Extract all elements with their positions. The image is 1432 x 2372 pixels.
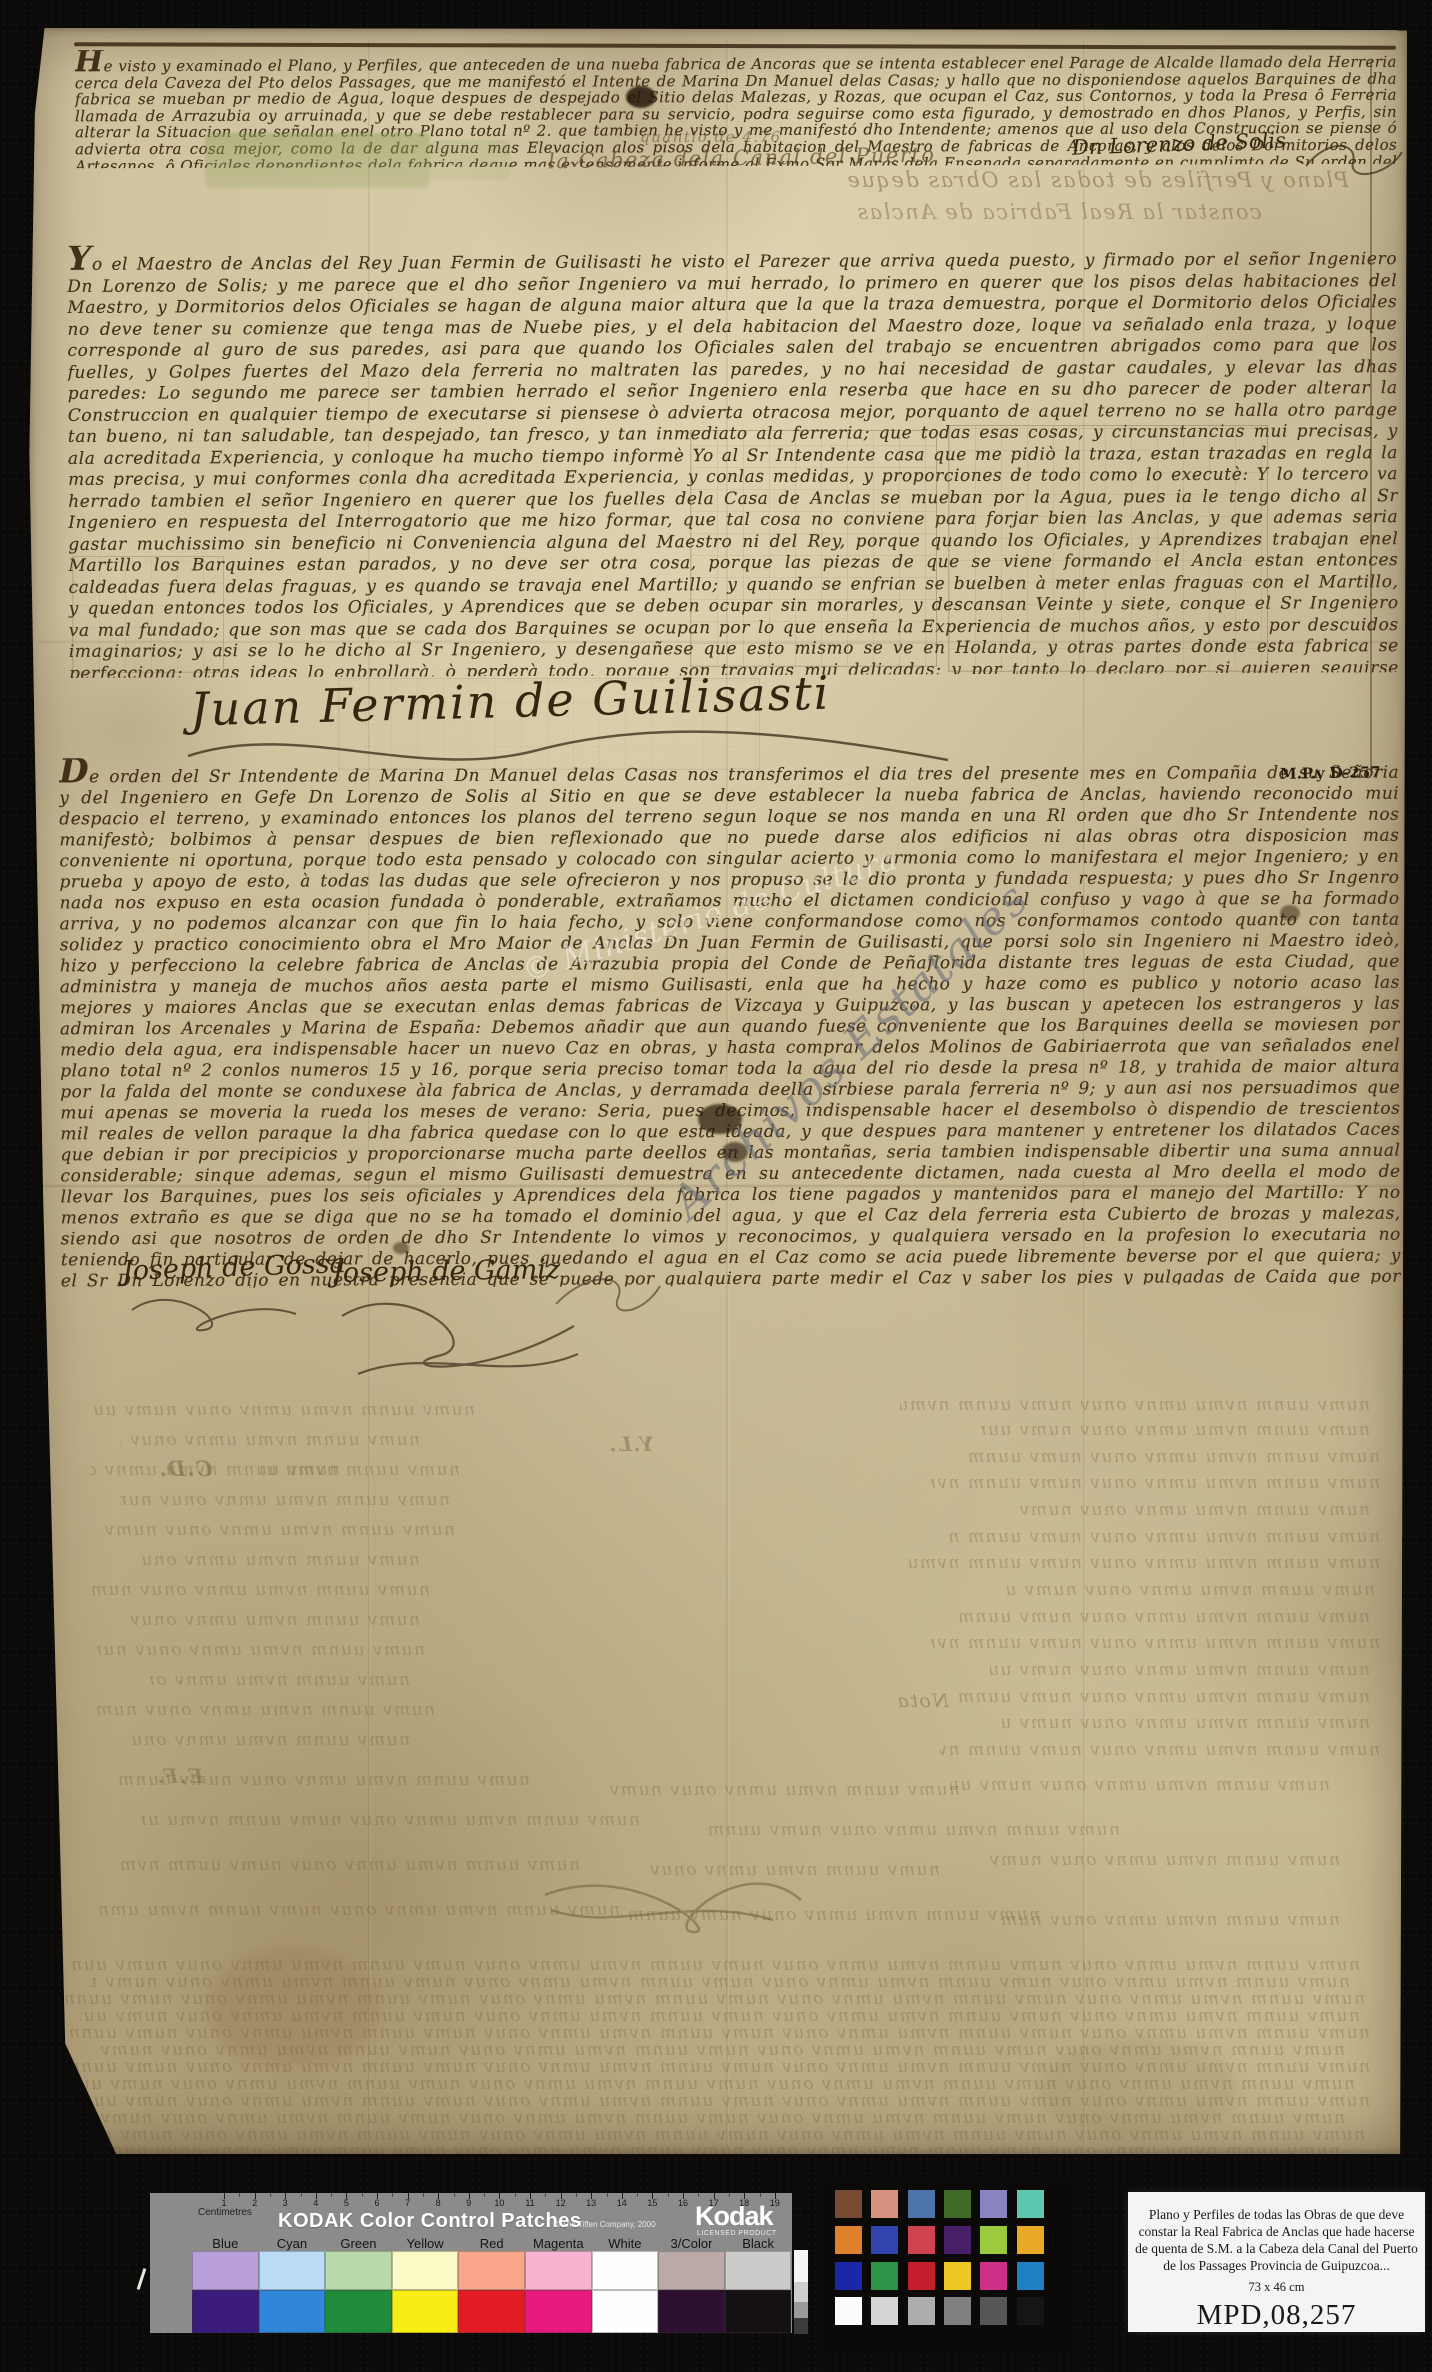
ruler-minor-tick	[729, 2193, 730, 2197]
verso-ghost-line: numv uunm nvmu umnv onuv numv uun	[150, 1670, 410, 1690]
ruler-number: 18	[739, 2198, 749, 2208]
kodak-color-control-strip: Centimetres KODAK Color Control Patches …	[150, 2193, 792, 2333]
title-bleed-mirrored-2: constar la Real Fabrica de Anclas	[856, 200, 1262, 224]
verso-ghost-line: numv uunm nvmu umnv onuv numv uunm nvmu …	[950, 1687, 1370, 1707]
checker-patch-r2c2	[871, 2226, 898, 2254]
gray-wedge-step	[794, 2282, 808, 2302]
signature-joseph-gamiz: Joseph de Gamiz	[332, 1254, 561, 1289]
kodak-strip-title: KODAK Color Control Patches	[278, 2210, 582, 2233]
kodak-patch-name: Yellow	[392, 2236, 459, 2251]
verso-green-bleed	[430, 140, 510, 180]
kodak-tint-patch-3-color	[658, 2251, 725, 2290]
ruler-number: 15	[647, 2198, 657, 2208]
kodak-solid-patch-black	[725, 2290, 792, 2333]
ruler-number: 13	[586, 2198, 596, 2208]
verso-ghost-line: numv uunm nvmu umnv onuv numv uunm nvmu …	[1000, 1910, 1340, 1930]
ink-stain	[722, 1142, 748, 1162]
verso-ghost-line: numv uunm nvmu umnv onuv numv uunm nvmu …	[980, 1420, 1370, 1440]
verso-plan-sketch	[72, 556, 224, 673]
grayscale-wedge	[794, 2250, 808, 2334]
label-line: de quenta de S.M. a la Cabeza dela Canal…	[1128, 2240, 1425, 2257]
kodak-logo: Kodak	[695, 2201, 773, 2232]
verso-ghost-line: numv uunm nvmu umnv onuv numv uunm nvmu …	[1000, 1713, 1370, 1733]
kodak-patch-name: Black	[725, 2236, 792, 2251]
verso-ghost-line: numv uunm nvmu umnv onuv numv uunm nvmu …	[990, 1660, 1370, 1680]
kodak-solid-patch-green	[325, 2290, 392, 2333]
kodak-patch-name: Magenta	[525, 2236, 592, 2251]
ruler-minor-tick	[423, 2193, 424, 2197]
ruler-number: 16	[678, 2198, 688, 2208]
checker-patch-r4c5	[980, 2297, 1007, 2325]
ruler-minor-tick	[576, 2193, 577, 2197]
kodak-tint-patch-white	[592, 2251, 659, 2290]
checker-patch-r4c1	[835, 2297, 862, 2325]
ruler-number: 2	[252, 2198, 257, 2208]
rubric-flourish	[124, 1286, 304, 1341]
ruler-number: 3	[283, 2198, 288, 2208]
ink-stain	[393, 1242, 409, 1254]
kodak-patch-name: Blue	[192, 2236, 259, 2251]
kodak-patch-name: White	[592, 2236, 659, 2251]
ruler-number: 19	[770, 2198, 780, 2208]
kodak-tint-patch-black	[725, 2251, 792, 2290]
ruler-number: 8	[436, 2198, 441, 2208]
ruler-number: 17	[709, 2198, 719, 2208]
checker-patch-r1c2	[871, 2190, 898, 2218]
verso-ghost-line: numv uunm nvmu umnv onuv numv uunm nvmu …	[600, 1780, 960, 1800]
ruler-number: 12	[556, 2198, 566, 2208]
verso-ghost-line: numv uunm nvmu umnv onuv numv uunm nvmu …	[95, 1640, 425, 1660]
kodak-solid-patch-yellow	[392, 2290, 459, 2333]
verso-ghost-line: numv uunm nvmu umnv onuv numv uunm nvmu …	[95, 1700, 435, 1720]
ruler-minor-tick	[698, 2193, 699, 2197]
ruler-number: 10	[494, 2198, 504, 2208]
kodak-solid-patch-3-color	[658, 2290, 725, 2333]
checker-patch-r3c4	[944, 2262, 971, 2290]
verso-ghost-line: numv uunm nvmu umnv onuv numv uunm nvmu …	[960, 1447, 1380, 1467]
checker-patch-r3c2	[871, 2262, 898, 2290]
label-line: de los Passages Provincia de Guipuzcoa..…	[1128, 2257, 1425, 2274]
verso-ghost-line: numv uunm nvmu umnv onuv numv uunm nvmu …	[95, 1400, 475, 1420]
kodak-solid-patch-blue	[192, 2290, 259, 2333]
verso-signature-flourish	[533, 1840, 813, 1940]
ruler-number: 7	[405, 2198, 410, 2208]
verso-plan-sketch	[690, 430, 937, 667]
ruler-minor-tick	[484, 2193, 485, 2197]
kodak-tint-patch-yellow	[392, 2251, 459, 2290]
checker-patch-r4c2	[871, 2297, 898, 2325]
kodak-patch-name: Cyan	[259, 2236, 326, 2251]
ink-stain	[1280, 905, 1300, 921]
checker-patch-r4c4	[944, 2297, 971, 2325]
ruler-number: 1	[221, 2198, 226, 2208]
rubric-flourish	[1298, 136, 1408, 186]
verso-ghost-line: numv uunm nvmu umnv onuv numv uunm nvmu …	[1005, 1580, 1375, 1600]
verso-ghost-line: numv uunm nvmu umnv onuv numv uunm nvmu …	[940, 1740, 1380, 1760]
verso-plan-sketch	[948, 425, 1268, 672]
manuscript-page: He visto y examinado el Plano, y Perfile…	[28, 28, 1407, 2154]
ink-stain	[626, 86, 656, 108]
ruler-number: 11	[525, 2198, 534, 2208]
verso-ghost-line: numv uunm nvmu umnv onuv numv uunm nvmu …	[960, 1607, 1370, 1627]
verso-ghost-line: numv uunm nvmu umnv onuv numv u	[90, 1460, 340, 1480]
checker-patch-r3c6	[1017, 2262, 1044, 2290]
verso-label-ef: E.F.	[156, 1764, 203, 1788]
kodak-solid-patch-red	[458, 2290, 525, 2333]
verso-ghost-line: numv uunm nvmu umnv onuv numv uunm nvmu …	[90, 1580, 430, 1600]
ruler-minor-tick	[392, 2193, 393, 2197]
kodak-patch-name: Red	[458, 2236, 525, 2251]
ruler-number: 9	[466, 2198, 471, 2208]
ruler-number: 6	[374, 2198, 379, 2208]
kodak-patch-name: Green	[325, 2236, 392, 2251]
verso-label-yl: Y.L.	[608, 1432, 654, 1456]
verso-ghost-line: numv uunm nvmu umnv onuv	[260, 1460, 460, 1480]
ruler-minor-tick	[454, 2193, 455, 2197]
checker-patch-r3c1	[835, 2262, 862, 2290]
kodak-solid-patch-cyan	[259, 2290, 326, 2333]
ruler-number: 14	[617, 2198, 627, 2208]
kodak-tint-patch-red	[458, 2251, 525, 2290]
verso-ghost-line: numv uunm nvmu umnv onuv numv uunm	[140, 1550, 420, 1570]
checker-patch-r1c3	[908, 2190, 935, 2218]
rubric-flourish	[548, 1264, 668, 1330]
tiffen-attribution: © The Tiffen Company, 2000	[554, 2220, 656, 2229]
checker-patch-r1c4	[944, 2190, 971, 2218]
checker-patch-r3c3	[908, 2262, 935, 2290]
label-dimensions: 73 x 46 cm	[1128, 2280, 1425, 2295]
checker-patch-r1c5	[980, 2190, 1007, 2218]
ruler-minor-tick	[637, 2193, 638, 2197]
label-shelfmark: MPD,08,257	[1128, 2299, 1425, 2332]
centimetres-label: Centimetres	[198, 2207, 252, 2218]
checker-patch-r2c1	[835, 2226, 862, 2254]
verso-label-cd: C.D.	[158, 1456, 212, 1481]
ruler-minor-tick	[239, 2193, 240, 2197]
verso-ghost-line: numv uunm nvmu umnv onuv numv uunm nvmu …	[930, 1473, 1380, 1493]
kodak-tint-patch-magenta	[525, 2251, 592, 2290]
checker-patch-r1c1	[835, 2190, 862, 2218]
checker-patch-r2c4	[944, 2226, 971, 2254]
gray-wedge-step	[794, 2302, 808, 2318]
checker-patch-r2c5	[980, 2226, 1007, 2254]
kodak-solid-patch-white	[592, 2290, 659, 2333]
title-bleed-mirrored-1: Plano y Perfiles de todas las Obras dequ…	[846, 168, 1349, 192]
verso-ghost-line: numv uunm nvmu umnv onuv numv uunm nvmu …	[140, 1810, 640, 1830]
checker-patch-r4c6	[1017, 2297, 1044, 2325]
gray-wedge-step	[794, 2250, 808, 2282]
verso-ghost-line: numv uunm nvmu umnv onuv numv uunm nvmu …	[900, 1395, 1370, 1415]
verso-ghost-line: numv uunm nvmu umnv onuv numv uunm nvmu …	[900, 1553, 1380, 1573]
kodak-patch-name: 3/Color	[658, 2236, 725, 2251]
verso-ghost-line: numv uunm nvmu umnv onuv numv uunm nvmu …	[120, 1855, 580, 1875]
ruler-minor-tick	[331, 2193, 332, 2197]
kodak-tint-patch-green	[325, 2251, 392, 2290]
verso-ghost-line: numv uunm nvmu umnv onuv numv uunm nvmu …	[950, 1775, 1330, 1795]
scale-tick-mark	[137, 2268, 147, 2290]
kodak-tint-patch-cyan	[259, 2251, 326, 2290]
ruler-minor-tick	[545, 2193, 546, 2197]
color-checker-target	[818, 2180, 1070, 2350]
verso-green-bleed	[205, 133, 430, 188]
archive-shelfmark-note: M.P.y D-257	[1280, 763, 1381, 783]
paragraph-dictamen: De orden del Sr Intendente de Marina Dn …	[59, 754, 1401, 1289]
verso-ghost-line: numv uunm nvmu umnv onuv numv uunm nvmu …	[80, 2141, 1340, 2161]
verso-ghost-line: numv uunm nvmu umnv onuv numv uunm nvm	[120, 1430, 420, 1450]
verso-ghost-line: numv uunm nvmu umnv onuv numv uunm nvmu …	[1010, 1500, 1370, 1520]
ruler-minor-tick	[270, 2193, 271, 2197]
verso-ghost-line: numv uunm nvmu umnv onuv numv uunm nvmu …	[120, 1490, 450, 1510]
ink-stain	[698, 1104, 742, 1134]
label-line: constar la Real Fabrica de Anclas que ha…	[1128, 2223, 1425, 2240]
verso-ghost-line: numv uunm nvmu umnv onuv numv uunm nvmu …	[110, 1770, 530, 1790]
ruler-minor-tick	[515, 2193, 516, 2197]
kodak-tint-patch-blue	[192, 2251, 259, 2290]
checker-patch-r2c3	[908, 2226, 935, 2254]
archival-scan: He visto y examinado el Plano, y Perfile…	[0, 0, 1432, 2372]
checker-patch-r1c6	[1017, 2190, 1044, 2218]
ruler-minor-tick	[362, 2193, 363, 2197]
kodak-solid-patch-magenta	[525, 2290, 592, 2333]
ruler-minor-tick	[668, 2193, 669, 2197]
verso-ghost-line: numv uunm nvmu umnv onuv numv uunm nvmu …	[930, 1633, 1380, 1653]
ruler-number: 5	[344, 2198, 349, 2208]
verso-ghost-line: numv uunm nvmu umnv onuv numv uunm nvmu …	[700, 1820, 1120, 1840]
verso-ghost-line: numv uunm nvmu umnv onuv numv uunm nvmu …	[980, 1850, 1340, 1870]
verso-ghost-line: numv uunm nvmu umnv onuv numv uunm nvm	[120, 1610, 420, 1630]
verso-label-nota: Nota	[896, 1690, 949, 1712]
gray-wedge-step	[794, 2318, 808, 2334]
label-line: Plano y Perfiles de todas las Obras de q…	[1128, 2206, 1425, 2223]
ruler-minor-tick	[301, 2193, 302, 2197]
ruler-number: 4	[313, 2198, 318, 2208]
checker-patch-r4c3	[908, 2297, 935, 2325]
checker-patch-r3c5	[980, 2262, 1007, 2290]
water-stain	[1038, 2038, 1238, 2138]
water-stain	[208, 1948, 378, 2068]
archive-label: Plano y Perfiles de todas las Obras de q…	[1128, 2192, 1425, 2332]
ruler-minor-tick	[760, 2193, 761, 2197]
verso-ghost-line: numv uunm nvmu umnv onuv numv uunm nvmu …	[95, 1520, 455, 1540]
verso-ghost-line: numv uunm nvmu umnv onuv numv uunm nvmu …	[950, 1527, 1380, 1547]
checker-patch-r2c6	[1017, 2226, 1044, 2254]
ruler-minor-tick	[607, 2193, 608, 2197]
